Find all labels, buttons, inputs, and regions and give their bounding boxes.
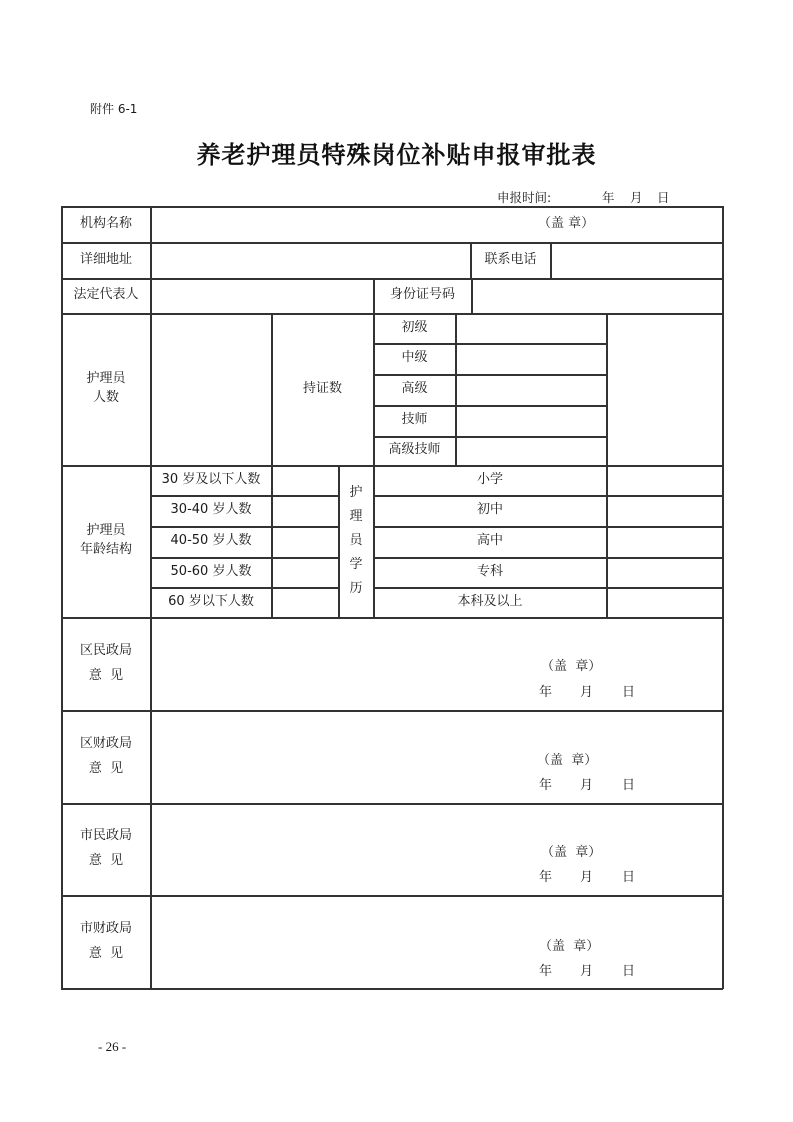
opinion-month: 月 [580, 960, 593, 979]
opinion-label: 区民政局 意 见 [61, 617, 151, 710]
id-number-field[interactable] [472, 278, 722, 313]
caregiver-count-field[interactable] [151, 313, 271, 465]
opinion-label: 市财政局 意 见 [61, 895, 151, 988]
age-count-field[interactable] [272, 495, 338, 526]
age-count-field[interactable] [272, 465, 338, 495]
opinion-seal: （盖 章） [541, 655, 601, 674]
cert-count-field[interactable] [456, 436, 606, 465]
opinion-field[interactable] [151, 710, 722, 803]
opinion-month: 月 [580, 866, 593, 885]
table-line [722, 206, 724, 989]
phone-label: 联系电话 [471, 242, 550, 278]
cert-level-label: 中级 [374, 343, 455, 374]
page-number: - 26 - [98, 1039, 126, 1055]
opinion-day: 日 [622, 774, 635, 793]
cert-total-field[interactable] [607, 313, 722, 465]
org-name-label: 机构名称 [61, 206, 151, 242]
cert-level-label: 高级技师 [374, 436, 455, 465]
opinion-label: 市民政局 意 见 [61, 803, 151, 895]
opinion-seal: （盖 章） [541, 841, 601, 860]
age-structure-label-line1: 护理员 [86, 522, 125, 541]
cert-count-field[interactable] [456, 405, 606, 436]
education-level-label: 高中 [374, 526, 606, 557]
age-group-label: 40-50 岁人数 [151, 526, 271, 557]
opinion-label-line1: 市财政局 [80, 917, 132, 942]
opinion-label-line1: 市民政局 [80, 824, 132, 849]
cert-count-field[interactable] [456, 374, 606, 405]
caregiver-count-label-line2: 人数 [93, 389, 119, 408]
age-count-field[interactable] [272, 557, 338, 587]
cert-count-label: 持证数 [272, 313, 373, 465]
table-line [61, 988, 723, 990]
caregiver-count-label: 护理员 人数 [61, 313, 151, 465]
opinion-label-line2: 意 见 [89, 664, 123, 689]
education-count-field[interactable] [607, 465, 722, 495]
opinion-day: 日 [622, 866, 635, 885]
cert-level-label: 初级 [374, 313, 455, 343]
opinion-field[interactable] [151, 895, 722, 988]
education-label-char: 学 [349, 553, 362, 577]
opinion-field[interactable] [151, 803, 722, 895]
cert-level-label: 高级 [374, 374, 455, 405]
cert-count-field[interactable] [456, 313, 606, 343]
opinion-month: 月 [580, 774, 593, 793]
report-year: 年 [602, 188, 615, 206]
legal-rep-label: 法定代表人 [61, 278, 151, 313]
education-level-label: 初中 [374, 495, 606, 526]
education-count-field[interactable] [607, 495, 722, 526]
education-label: 护 理 员 学 历 [339, 465, 373, 617]
education-level-label: 专科 [374, 557, 606, 587]
cert-level-label: 技师 [374, 405, 455, 436]
age-group-label: 30 岁及以下人数 [151, 465, 271, 495]
age-group-label: 60 岁以下人数 [151, 587, 271, 617]
report-time-label: 申报时间: [497, 188, 551, 206]
opinion-seal: （盖 章） [539, 935, 599, 954]
page-title: 养老护理员特殊岗位补贴申报审批表 [0, 135, 793, 170]
opinion-year: 年 [539, 774, 552, 793]
age-group-label: 50-60 岁人数 [151, 557, 271, 587]
age-count-field[interactable] [272, 587, 338, 617]
opinion-label-line2: 意 见 [89, 849, 123, 874]
opinion-label-line1: 区财政局 [80, 732, 132, 757]
cert-count-field[interactable] [456, 343, 606, 374]
education-level-label: 小学 [374, 465, 606, 495]
id-number-label: 身份证号码 [374, 278, 471, 313]
education-count-field[interactable] [607, 526, 722, 557]
caregiver-count-label-line1: 护理员 [86, 370, 125, 389]
opinion-label-line1: 区民政局 [80, 639, 132, 664]
report-day: 日 [657, 188, 670, 206]
education-label-char: 护 [349, 481, 362, 505]
phone-field[interactable] [551, 242, 722, 278]
education-count-field[interactable] [607, 587, 722, 617]
age-structure-label: 护理员 年龄结构 [61, 465, 151, 617]
opinion-year: 年 [539, 866, 552, 885]
org-name-field[interactable]: （盖 章） [151, 206, 722, 242]
opinion-field[interactable] [151, 617, 722, 710]
opinion-month: 月 [580, 681, 593, 700]
legal-rep-field[interactable] [151, 278, 373, 313]
age-group-label: 30-40 岁人数 [151, 495, 271, 526]
opinion-seal: （盖 章） [537, 749, 597, 768]
attachment-label: 附件 6-1 [90, 100, 137, 117]
opinion-label-line2: 意 见 [89, 942, 123, 967]
address-label: 详细地址 [61, 242, 151, 278]
education-label-char: 历 [349, 577, 362, 601]
opinion-day: 日 [622, 681, 635, 700]
education-label-char: 员 [349, 529, 362, 553]
report-month: 月 [630, 188, 643, 206]
address-field[interactable] [151, 242, 470, 278]
org-seal-label: （盖 章） [538, 213, 594, 236]
education-label-char: 理 [349, 505, 362, 529]
opinion-year: 年 [539, 960, 552, 979]
opinion-label-line2: 意 见 [89, 757, 123, 782]
education-count-field[interactable] [607, 557, 722, 587]
opinion-label: 区财政局 意 见 [61, 710, 151, 803]
opinion-day: 日 [622, 960, 635, 979]
age-structure-label-line2: 年龄结构 [80, 541, 132, 560]
opinion-year: 年 [539, 681, 552, 700]
education-level-label: 本科及以上 [374, 587, 606, 617]
age-count-field[interactable] [272, 526, 338, 557]
